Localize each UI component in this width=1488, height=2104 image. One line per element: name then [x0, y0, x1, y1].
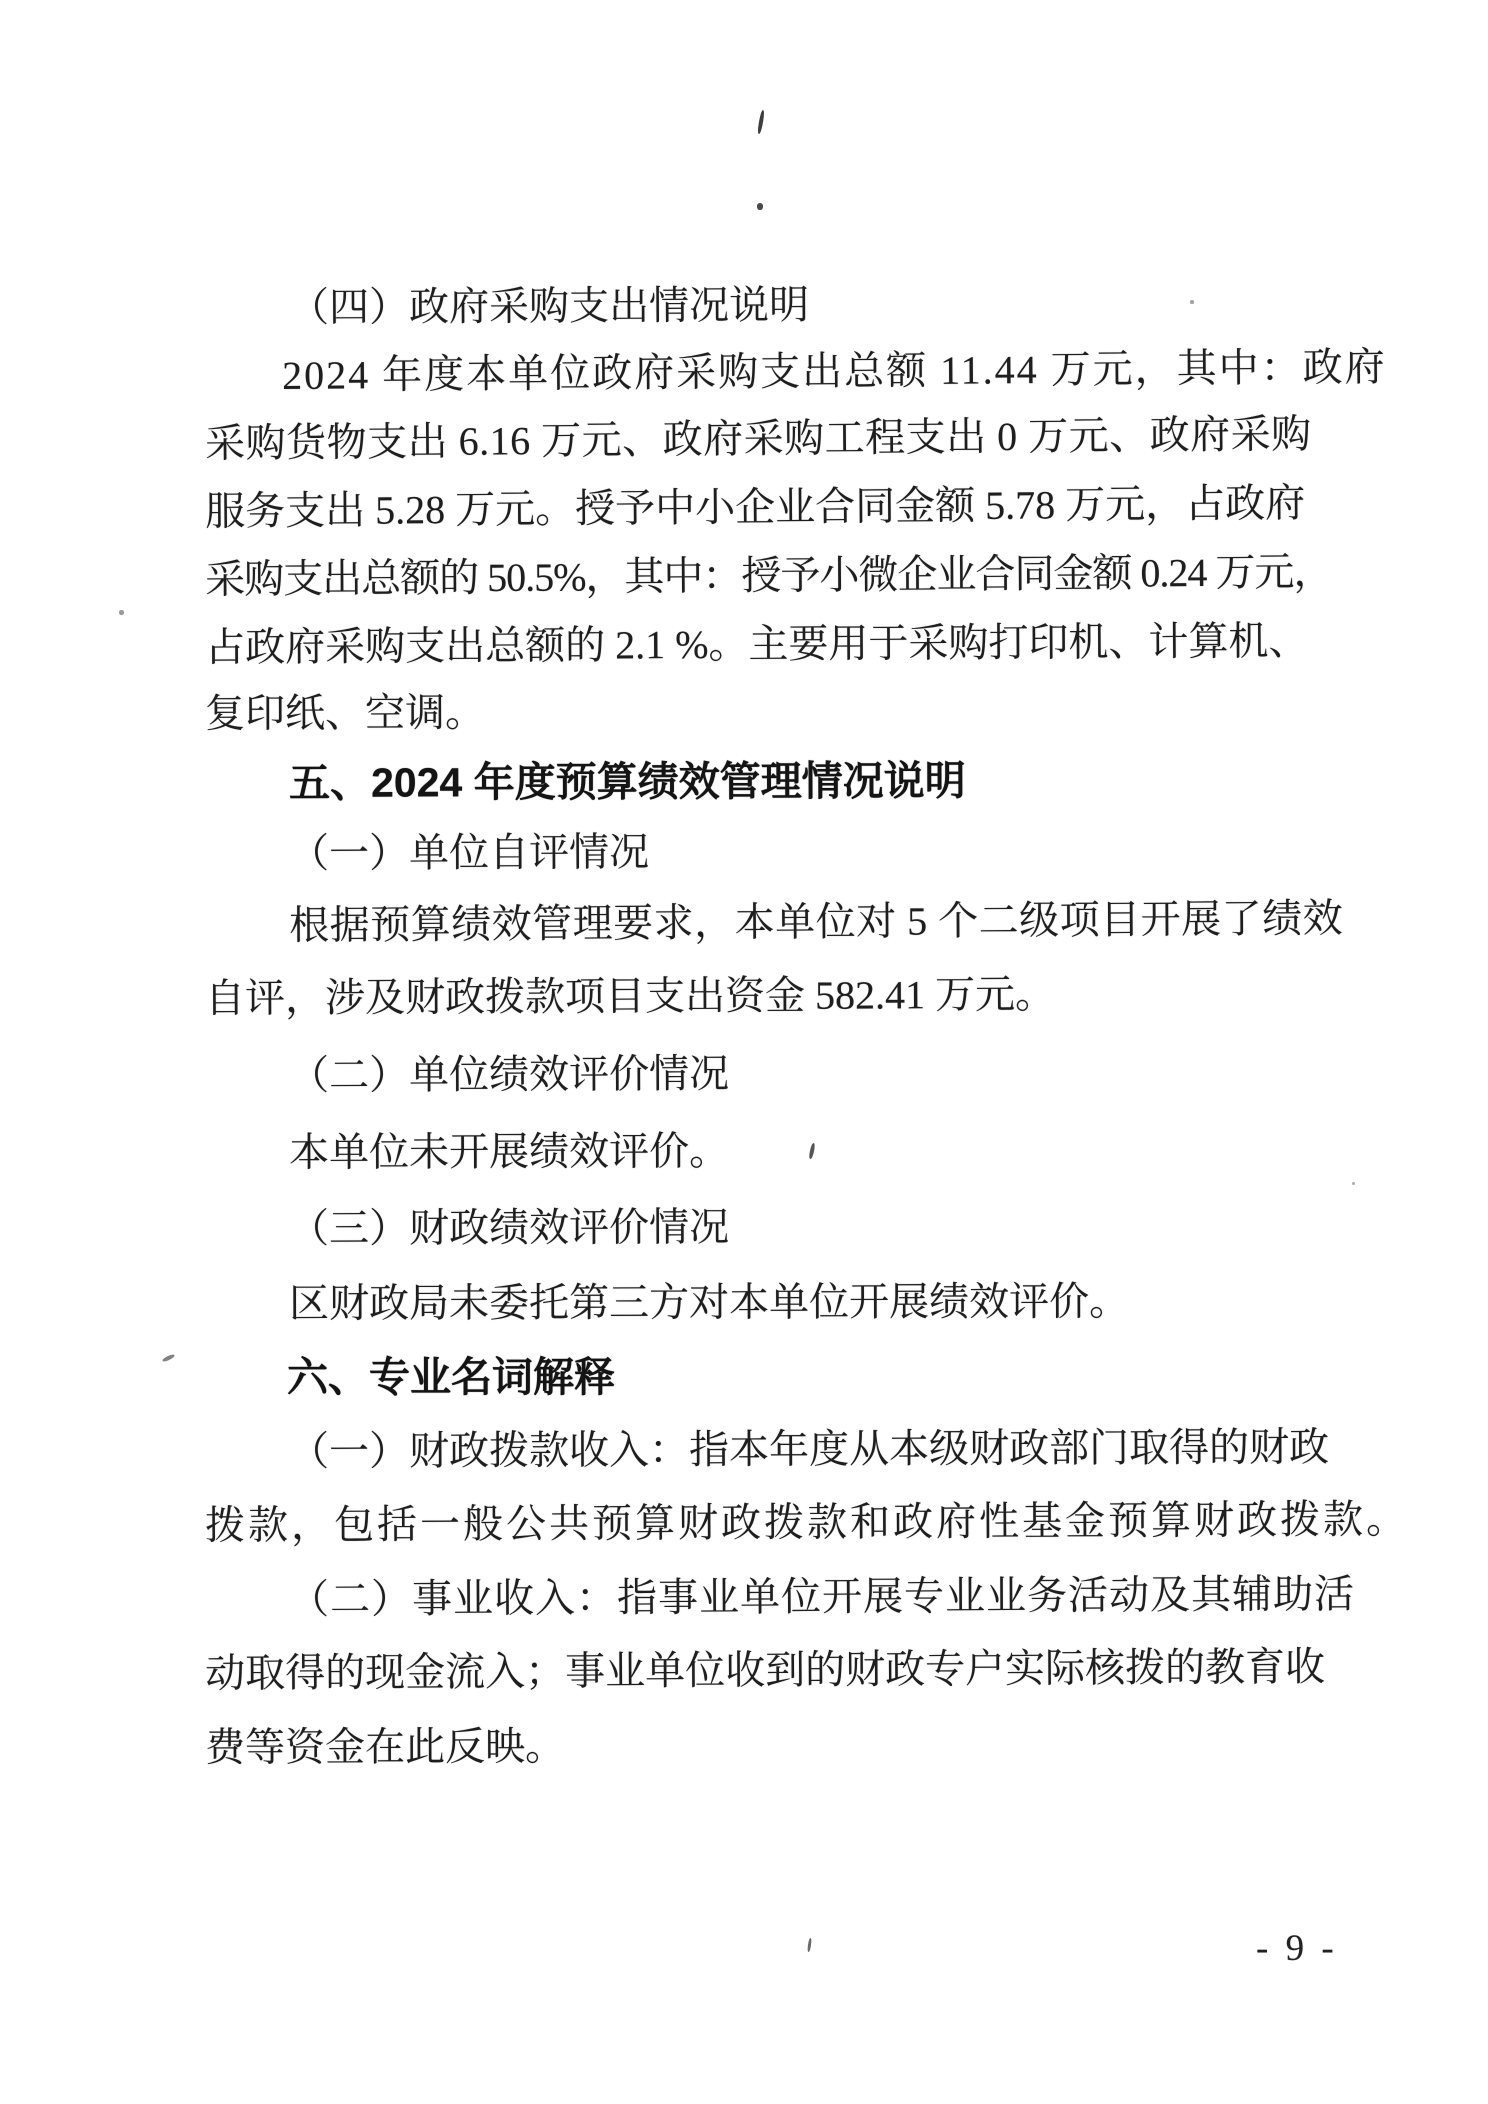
document-page: （四）政府采购支出情况说明2024 年度本单位政府采购支出总额 11.44 万元…	[0, 0, 1488, 2104]
para-term-2-line-2: 动取得的现金流入；事业单位收到的财政专户实际核拨的教育收	[205, 1647, 1325, 1694]
para-unit-eval: 本单位未开展绩效评价。	[289, 1131, 729, 1173]
para-term-2-line-3: 费等资金在此反映。	[205, 1727, 565, 1768]
para-self-eval-line-1: 根据预算绩效管理要求，本单位对 5 个二级项目开展了绩效	[289, 899, 1343, 946]
scan-speck	[162, 1353, 175, 1362]
page-number: - 9 -	[1256, 1930, 1338, 1967]
heading-section-6: 六、专业名词解释	[287, 1357, 615, 1398]
subheading-5-1: （一）单位自评情况	[289, 832, 649, 874]
para-term-1-line-1: （一）财政拨款收入：指本年度从本级财政部门取得的财政	[289, 1427, 1329, 1472]
para-term-1-line-2: 拨款，包括一般公共预算财政拨款和政府性基金预算财政拨款。	[205, 1500, 1409, 1546]
para-procurement-line-4: 采购支出总额的 50.5%，其中：授予小微企业合同金额 0.24 万元，	[205, 552, 1333, 600]
para-procurement-line-2: 采购货物支出 6.16 万元、政府采购工程支出 0 万元、政府采购	[205, 414, 1312, 464]
scan-speck	[807, 1938, 812, 1952]
scan-speck	[1352, 1182, 1355, 1185]
para-procurement-line-5: 占政府采购支出总额的 2.1 %。主要用于采购打印机、计算机、	[205, 621, 1309, 668]
scan-speck	[757, 110, 765, 134]
heading-section-5: 五、2024 年度预算绩效管理情况说明	[289, 761, 966, 804]
para-term-2-line-1: （二）事业收入：指事业单位开展专业业务活动及其辅助活	[289, 1574, 1355, 1620]
para-procurement-line-1: 2024 年度本单位政府采购支出总额 11.44 万元，其中：政府	[282, 347, 1387, 396]
scan-speck	[757, 203, 763, 210]
para-procurement-line-3: 服务支出 5.28 万元。授予中小企业合同金额 5.78 万元，占政府	[205, 483, 1305, 532]
subheading-5-3: （三）财政绩效评价情况	[289, 1207, 729, 1249]
scan-speck	[1190, 300, 1194, 304]
scan-speck	[808, 1143, 815, 1159]
heading-section-4: （四）政府采购支出情况说明	[289, 285, 809, 328]
scan-speck	[119, 610, 124, 615]
para-procurement-line-6: 复印纸、空调。	[205, 693, 485, 734]
para-finance-eval: 区财政局未委托第三方对本单位开展绩效评价。	[289, 1282, 1129, 1324]
subheading-5-2: （二）单位绩效评价情况	[289, 1054, 729, 1096]
para-self-eval-line-2: 自评，涉及财政拨款项目支出资金 582.41 万元。	[205, 975, 1055, 1019]
